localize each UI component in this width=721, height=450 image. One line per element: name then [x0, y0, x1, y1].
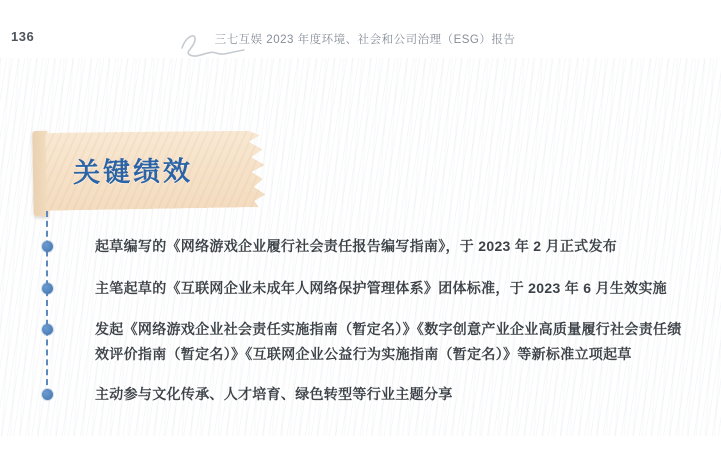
section-title: 关键绩效	[73, 149, 194, 190]
timeline-dot-icon	[42, 324, 53, 335]
list-item: 主动参与文化传承、人才培育、绿色转型等行业主题分享	[0, 382, 695, 407]
header-title: 三七互娱 2023 年度环境、社会和公司治理（ESG）报告	[0, 31, 721, 47]
list-item-text: 主笔起草的《互联网企业未成年人网络保护管理体系》团体标准，于 2023 年 6 …	[95, 280, 667, 296]
timeline-dot-icon	[42, 389, 53, 400]
section-ribbon: 关键绩效	[32, 129, 267, 211]
list-item-text: 起草编写的《网络游戏企业履行社会责任报告编写指南》，于 2023 年 2 月正式…	[95, 238, 617, 254]
list-item: 起草编写的《网络游戏企业履行社会责任报告编写指南》，于 2023 年 2 月正式…	[0, 234, 695, 259]
timeline-dot-icon	[42, 283, 53, 294]
list-item-text: 发起《网络游戏企业社会责任实施指南（暂定名）》《数字创意产业企业高质量履行社会责…	[95, 321, 682, 362]
esg-report-page: { "page": { "number": "136", "header_tit…	[0, 0, 721, 450]
timeline-dot-icon	[42, 241, 53, 252]
list-item-text: 主动参与文化传承、人才培育、绿色转型等行业主题分享	[95, 386, 453, 402]
list-item: 发起《网络游戏企业社会责任实施指南（暂定名）》《数字创意产业企业高质量履行社会责…	[0, 317, 695, 367]
list-item: 主笔起草的《互联网企业未成年人网络保护管理体系》团体标准，于 2023 年 6 …	[0, 276, 695, 301]
